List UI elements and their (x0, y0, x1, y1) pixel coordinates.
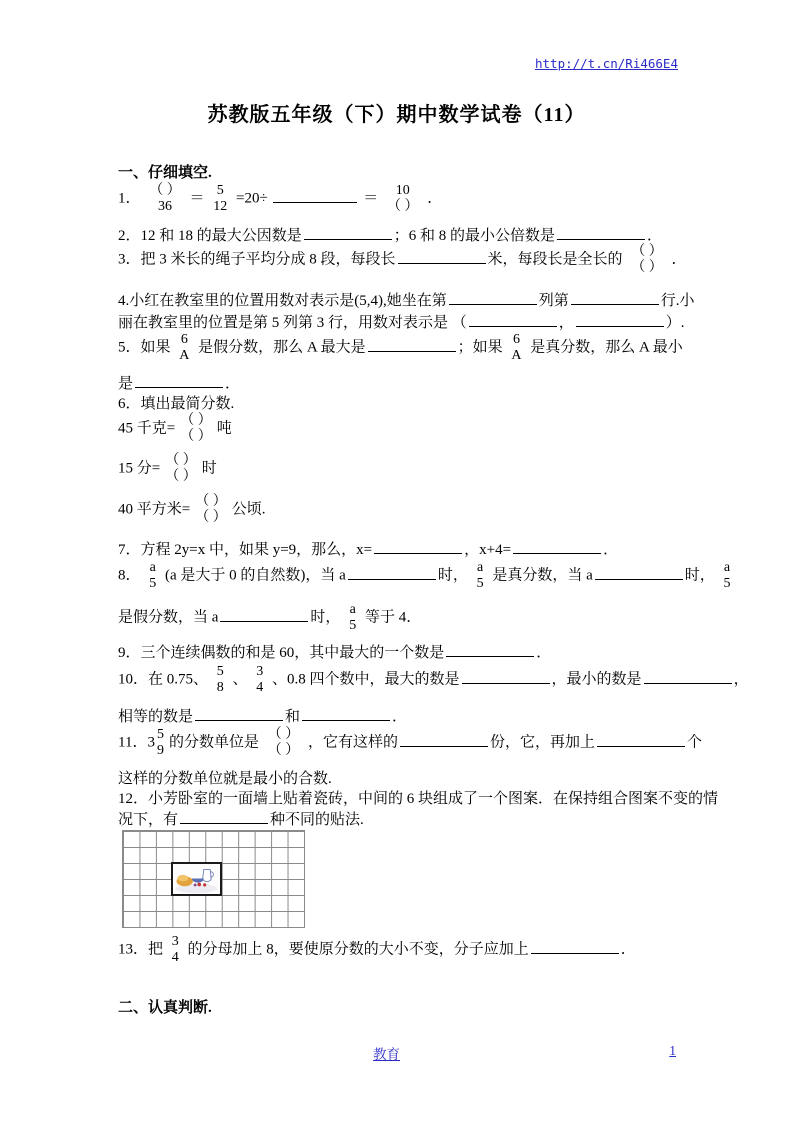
question-text: 相等的数是 (118, 709, 193, 725)
question-text: ． (427, 191, 442, 207)
section-1-heading: 一、仔细填空. (118, 161, 683, 182)
question-text: 和 (285, 709, 300, 725)
answer-blank (595, 565, 683, 580)
answer-blank (273, 188, 357, 203)
fraction-denominator: A (177, 348, 191, 364)
fraction-denominator: 4 (170, 950, 181, 966)
question-text: ，x+4= (464, 542, 511, 558)
question-12-line-1: 12．小芳卧室的一面墙上贴着瓷砖，中间的 6 块组成了一个图案．在保持组合图案不… (118, 787, 683, 808)
exam-title: 苏教版五年级（下）期中数学试卷（11） (0, 98, 793, 127)
question-text: 45 千克= (118, 421, 175, 437)
fraction-denominator: （ ） (178, 429, 214, 445)
question-text: =20÷ (236, 191, 268, 207)
fraction-denominator: （ ） (193, 510, 229, 526)
fraction-denominator: 4 (254, 680, 265, 696)
question-text: ． (225, 376, 240, 392)
answer-blank (374, 539, 462, 554)
fraction-numerator: （ ） (178, 413, 214, 429)
question-text: 、 (233, 672, 248, 688)
fraction-numerator: a (347, 602, 358, 618)
fraction-numerator: a (722, 560, 733, 576)
question-4-line-1: 4.小红在教室里的位置用数对表示是(5,4),她坐在第列第行.小 (118, 289, 683, 310)
question-8-line-1: 8． a5 (a 是大于 0 的自然数)，当 a时， a5 是真分数，当 a时，… (118, 560, 683, 592)
question-text: ． (536, 645, 551, 661)
fraction: 59 (155, 727, 166, 759)
question-text: ， (734, 672, 749, 688)
fraction: a5 (147, 560, 158, 592)
answer-blank (398, 249, 486, 264)
fraction: （ ）（ ） (193, 494, 229, 526)
question-text: 是真分数，那么 A 最小 (530, 340, 683, 356)
answer-blank (195, 706, 283, 721)
question-text: 2．12 和 18 的最大公因数是 (118, 228, 302, 244)
still-life-image (173, 864, 220, 894)
question-8-line-2: 是假分数，当 a时， a5 等于 4． (118, 602, 683, 634)
answer-blank (220, 607, 308, 622)
fraction-numerator: （ ） (163, 453, 199, 469)
fraction-denominator: 8 (215, 680, 226, 696)
fraction-numerator: （ ） (266, 727, 302, 743)
answer-blank (571, 290, 659, 305)
answer-blank (531, 939, 619, 954)
tile-grid (122, 830, 305, 928)
question-text: ；如果 (458, 340, 503, 356)
section-2-heading: 二、认真判断. (118, 996, 683, 1017)
question-10-line-1: 10．在 0.75、 58 、 34 、0.8 四个数中，最大的数是，最小的数是… (118, 664, 683, 696)
answer-blank (449, 290, 537, 305)
question-text: 9．三个连续偶数的和是 60，其中最大的一个数是 (118, 645, 444, 661)
exam-page: http://t.cn/Ri466E4 苏教版五年级（下）期中数学试卷（11） … (0, 0, 793, 1122)
question-text: 行.小 (661, 293, 695, 309)
question-text: 时， (685, 568, 715, 584)
question-text: 是真分数，当 a (492, 568, 592, 584)
answer-blank (302, 706, 390, 721)
fraction: （ ）（ ） (266, 727, 302, 759)
question-2: 2．12 和 18 的最大公因数是；6 和 8 的最小公倍数是． (118, 224, 683, 245)
question-text: ． (621, 942, 636, 958)
answer-blank (557, 225, 645, 240)
fraction-denominator: （ ） (629, 260, 665, 276)
question-text: 3．把 3 米长的绳子平均分成 8 段，每段长 (118, 252, 396, 268)
question-number: 1． (118, 191, 141, 207)
fraction-denominator: 5 (147, 576, 158, 592)
answer-blank (462, 669, 550, 684)
fraction-numerator: （ ） (629, 244, 665, 260)
question-1: 1． （ ）36 ＝ 512 =20÷ ＝ 10（ ） ． (118, 183, 683, 215)
fraction: 10（ ） (385, 183, 421, 215)
question-text: ＝ (190, 191, 205, 207)
question-3: 3．把 3 米长的绳子平均分成 8 段，每段长米，每段长是全长的 （ ）（ ） … (118, 244, 683, 276)
question-13: 13．把 34 的分母加上 8，要使原分数的大小不变，分子应加上． (118, 934, 683, 966)
fraction-numerator: 3 (170, 934, 181, 950)
question-text: 是假分数，那么 A 最大是 (198, 340, 366, 356)
question-text: 的分数单位是 (169, 735, 259, 751)
fraction: （ ）（ ） (178, 413, 214, 445)
answer-blank (513, 539, 601, 554)
fraction-numerator: 6 (177, 332, 191, 348)
header-url-link[interactable]: http://t.cn/Ri466E4 (535, 56, 678, 71)
fraction-numerator: （ ） (193, 494, 229, 510)
question-text: 7．方程 2y=x 中，如果 y=9，那么，x= (118, 542, 372, 558)
question-5-line-1: 5．如果 6A 是假分数，那么 A 最大是；如果 6A 是真分数，那么 A 最小 (118, 332, 683, 364)
question-text: 4.小红在教室里的位置用数对表示是(5,4),她坐在第 (118, 293, 447, 309)
footer-education-link[interactable]: 教育 (373, 1043, 683, 1063)
question-text: 列第 (539, 293, 569, 309)
question-text: 13．把 (118, 942, 163, 958)
question-text: 15 分= (118, 461, 160, 477)
question-11-line-2: 这样的分数单位就是最小的合数. (118, 767, 683, 788)
page-number-link[interactable]: 1 (669, 1043, 676, 1059)
fraction-denominator: 36 (147, 199, 183, 215)
question-11-line-1: 11．359的分数单位是 （ ）（ ） ，它有这样的份，它，再加上个 (118, 727, 683, 759)
fraction-numerator: a (147, 560, 158, 576)
question-text: ， (559, 315, 574, 331)
question-text: 的分母加上 8，要使原分数的大小不变，分子应加上 (188, 942, 529, 958)
fraction-denominator: （ ） (163, 469, 199, 485)
question-text: 11．3 (118, 735, 155, 751)
fraction-denominator: 9 (155, 743, 166, 759)
answer-blank (368, 337, 456, 352)
question-text: ，最小的数是 (552, 672, 642, 688)
answer-blank (304, 225, 392, 240)
question-10-line-2: 相等的数是和． (118, 705, 683, 726)
fraction-denominator: （ ） (385, 199, 421, 215)
fraction: 6A (177, 332, 191, 364)
answer-blank (576, 312, 664, 327)
fraction: 34 (254, 664, 265, 696)
question-text: 是假分数，当 a (118, 610, 218, 626)
fraction: （ ）36 (147, 183, 183, 215)
question-text: ． (647, 228, 662, 244)
question-9: 9．三个连续偶数的和是 60，其中最大的一个数是． (118, 641, 683, 662)
fraction-numerator: 3 (254, 664, 265, 680)
answer-blank (348, 565, 436, 580)
question-text: (a 是大于 0 的自然数)，当 a (165, 568, 346, 584)
answer-blank (180, 809, 268, 824)
answer-blank (400, 732, 488, 747)
answer-blank (135, 373, 223, 388)
question-text: 时， (438, 568, 468, 584)
question-text: ＝ (363, 191, 378, 207)
question-text: 5．如果 (118, 340, 171, 356)
question-text: 时， (310, 610, 340, 626)
fraction: 34 (170, 934, 181, 966)
fraction-denominator: 5 (347, 618, 358, 634)
question-text: 40 平方米= (118, 502, 190, 518)
question-text: 等于 4． (365, 610, 421, 626)
answer-blank (644, 669, 732, 684)
question-text: ，它有这样的 (308, 735, 398, 751)
fraction-denominator: 5 (722, 576, 733, 592)
answer-blank (469, 312, 557, 327)
question-6-item-3: 40 平方米=（ ）（ ）公顷. (118, 494, 683, 526)
tile-picture (171, 862, 222, 896)
fraction-denominator: A (509, 348, 523, 364)
question-text: 况下，有 (118, 812, 178, 828)
answer-blank (597, 732, 685, 747)
question-text: 种不同的贴法. (270, 812, 364, 828)
question-text: 时 (202, 461, 217, 477)
question-text: 是 (118, 376, 133, 392)
question-number: 8． (118, 568, 141, 584)
fraction: a5 (475, 560, 486, 592)
fraction: （ ）（ ） (163, 453, 199, 485)
question-text: 公顷. (232, 502, 266, 518)
fraction: （ ）（ ） (629, 244, 665, 276)
question-text: ． (392, 709, 407, 725)
answer-blank (446, 642, 534, 657)
fraction: a5 (722, 560, 733, 592)
fraction-numerator: a (475, 560, 486, 576)
fraction-numerator: （ ） (147, 183, 183, 199)
question-6-item-2: 15 分=（ ）（ ）时 (118, 453, 683, 485)
question-text: 丽在教室里的位置是第 5 列第 3 行，用数对表示是 （ (118, 315, 467, 331)
question-text: ）. (666, 315, 685, 331)
question-text: ． (672, 252, 687, 268)
question-4-line-2: 丽在教室里的位置是第 5 列第 3 行，用数对表示是 （，）. (118, 311, 683, 332)
question-6-item-1: 45 千克=（ ）（ ）吨 (118, 413, 683, 445)
question-text: 、0.8 四个数中，最大的数是 (272, 672, 460, 688)
fraction-numerator: 5 (215, 664, 226, 680)
question-text: 10．在 0.75、 (118, 672, 208, 688)
question-text: 份，它，再加上 (490, 735, 595, 751)
fraction-numerator: 5 (155, 727, 166, 743)
question-text: ；6 和 8 的最小公倍数是 (394, 228, 555, 244)
fraction: 6A (509, 332, 523, 364)
question-text: 吨 (217, 421, 232, 437)
question-5-line-2: 是． (118, 372, 683, 393)
question-text: 米，每段长是全长的 (488, 252, 623, 268)
question-text: ． (603, 542, 618, 558)
fraction-numerator: 5 (211, 183, 229, 199)
fraction: 512 (211, 183, 229, 215)
fraction-denominator: 12 (211, 199, 229, 215)
question-12-line-2: 况下，有种不同的贴法. (118, 808, 683, 829)
fraction-numerator: 10 (385, 183, 421, 199)
question-6-heading: 6．填出最简分数. (118, 392, 683, 413)
question-7: 7．方程 2y=x 中，如果 y=9，那么，x=，x+4=． (118, 538, 683, 559)
fraction-denominator: 5 (475, 576, 486, 592)
fraction: 58 (215, 664, 226, 696)
fraction: a5 (347, 602, 358, 634)
question-text: 个 (687, 735, 702, 751)
fraction-numerator: 6 (509, 332, 523, 348)
fraction-denominator: （ ） (266, 743, 302, 759)
